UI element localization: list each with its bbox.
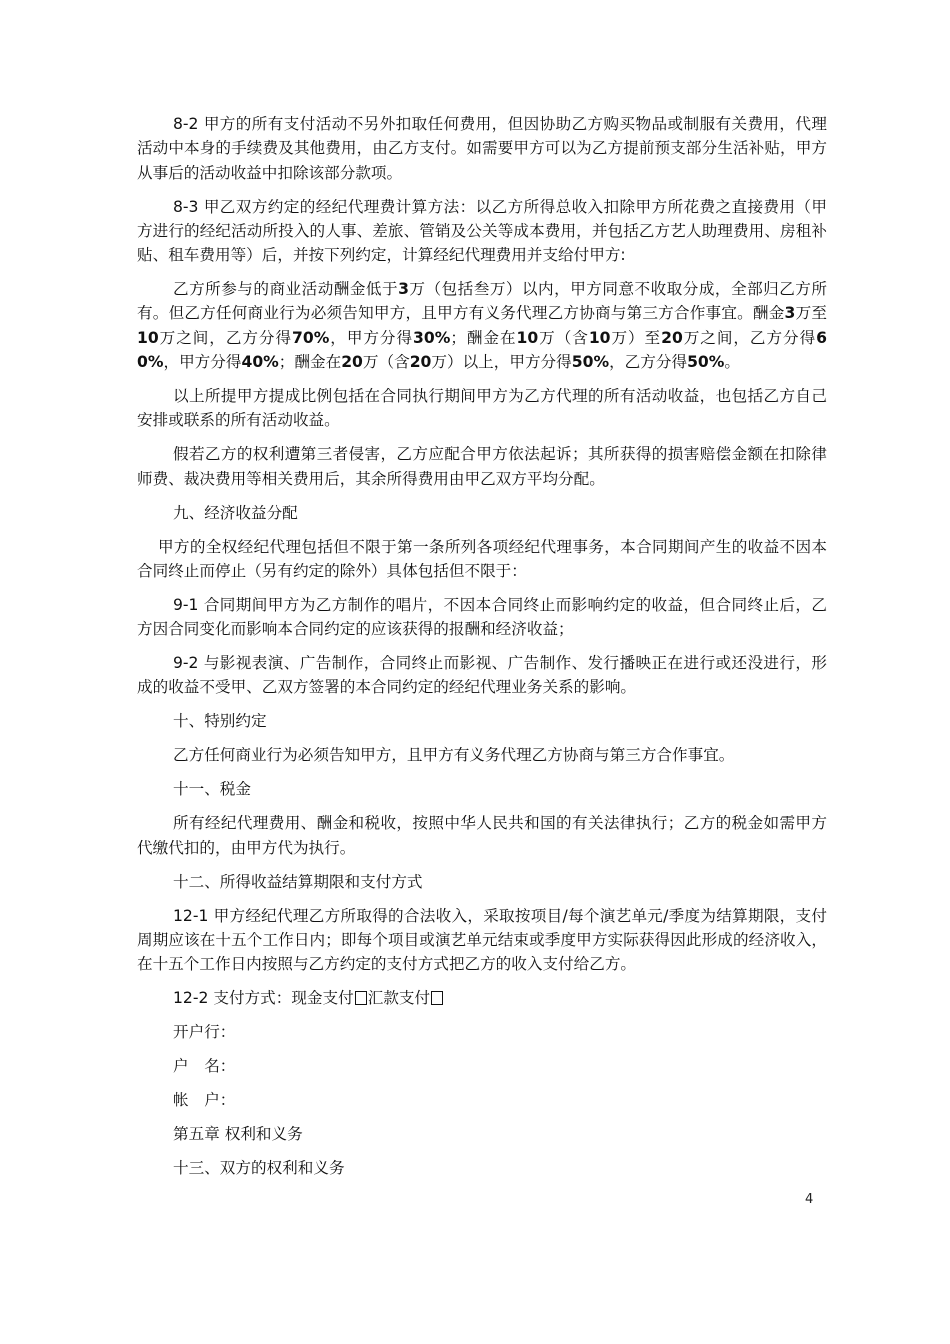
section-11-heading: 十一、税金: [137, 777, 827, 801]
clause-8-3: 8-3 甲乙双方约定的经纪代理费计算方法：以乙方所得总收入扣除甲方所花费之直接费…: [137, 195, 827, 268]
clause-8-2: 8-2 甲方的所有支付活动不另外扣取任何费用，但因协助乙方购买物品或制服有关费用…: [137, 112, 827, 185]
clause-12-1: 12-1 甲方经纪代理乙方所取得的合法收入，采取按项目/每个演艺单元/季度为结算…: [137, 904, 827, 977]
account-name-field-label: 户 名：: [137, 1054, 827, 1078]
cash-payment-checkbox[interactable]: [355, 991, 367, 1005]
infringement-paragraph: 假若乙方的权利遭第三者侵害，乙方应配合甲方依法起诉；其所获得的损害赔偿金额在扣除…: [137, 442, 827, 491]
chapter-5-heading: 第五章 权利和义务: [137, 1122, 827, 1146]
section-9-heading: 九、经济收益分配: [137, 501, 827, 525]
section-13-heading: 十三、双方的权利和义务: [137, 1156, 827, 1180]
section-10-body: 乙方任何商业行为必须告知甲方，且甲方有义务代理乙方协商与第三方合作事宜。: [137, 743, 827, 767]
page-number: 4: [805, 1192, 813, 1207]
bank-field-label: 开户行：: [137, 1020, 827, 1044]
section-11-body: 所有经纪代理费用、酬金和税收，按照中华人民共和国的有关法律执行；乙方的税金如需甲…: [137, 811, 827, 860]
transfer-payment-label: 汇款支付: [368, 989, 430, 1007]
commission-tiers-paragraph: 乙方所参与的商业活动酬金低于3万（包括叁万）以内，甲方同意不收取分成，全部归乙方…: [137, 277, 827, 374]
section-12-heading: 十二、所得收益结算期限和支付方式: [137, 870, 827, 894]
section-9-intro: 甲方的全权经纪代理包括但不限于第一条所列各项经纪代理事务，本合同期间产生的收益不…: [137, 535, 827, 584]
clause-9-1: 9-1 合同期间甲方为乙方制作的唱片，不因本合同终止而影响约定的收益，但合同终止…: [137, 593, 827, 642]
section-10-heading: 十、特别约定: [137, 709, 827, 733]
clause-12-2: 12-2 支付方式：现金支付汇款支付: [137, 986, 827, 1010]
account-number-field-label: 帐 户：: [137, 1088, 827, 1112]
transfer-payment-checkbox[interactable]: [431, 991, 443, 1005]
commission-scope-paragraph: 以上所提甲方提成比例包括在合同执行期间甲方为乙方代理的所有活动收益，也包括乙方自…: [137, 384, 827, 433]
clause-9-2: 9-2 与影视表演、广告制作，合同终止而影视、广告制作、发行播映正在进行或还没进…: [137, 651, 827, 700]
payment-method-label: 12-2 支付方式：: [173, 989, 291, 1007]
document-page: 8-2 甲方的所有支付活动不另外扣取任何费用，但因协助乙方购买物品或制服有关费用…: [0, 0, 950, 1344]
document-body: 8-2 甲方的所有支付活动不另外扣取任何费用，但因协助乙方购买物品或制服有关费用…: [137, 112, 827, 1190]
cash-payment-label: 现金支付: [291, 989, 353, 1007]
